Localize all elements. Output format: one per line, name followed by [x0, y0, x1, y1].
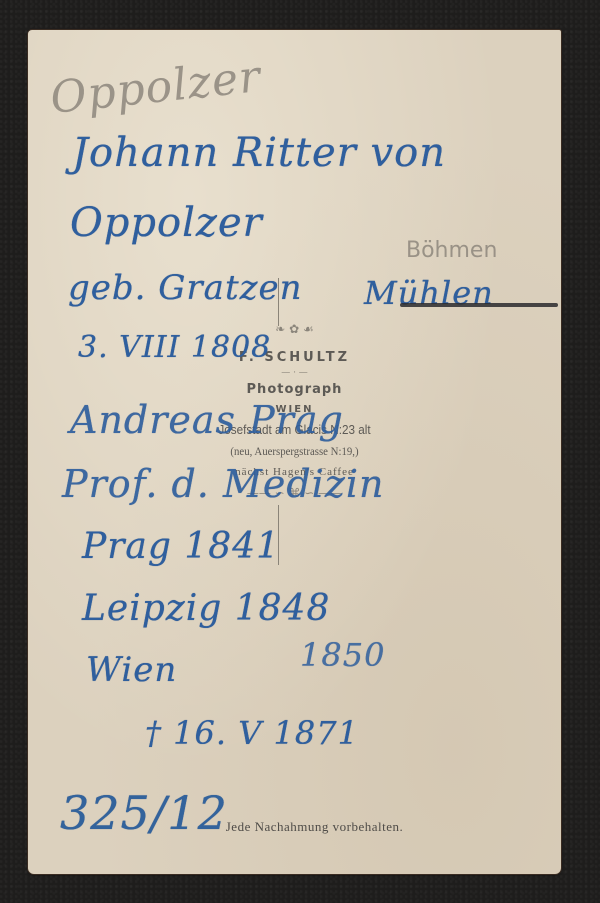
handwritten-line-7: Prag 1841 [82, 526, 280, 567]
stamp-photograph-title: Photograph [28, 382, 561, 397]
pencil-region-note: Böhmen [406, 238, 497, 263]
handwritten-line-1: Johann Ritter von [72, 130, 446, 176]
handwritten-line-9: Wien [86, 650, 177, 690]
handwritten-line-3: geb. Gratzen [68, 268, 303, 308]
handwritten-line-8: Leipzig 1848 [82, 588, 330, 629]
photo-card-back: Oppolzer Böhmen ❧ ✿ ☙ F. SCHULTZ — · — P… [28, 30, 561, 874]
stamp-address-line2: (neu, Auerspergstrasse N:19,) [55, 444, 535, 459]
pencil-surname-note: Oppolzer [48, 51, 263, 124]
handwritten-line-10: 1850 [300, 636, 385, 674]
handwritten-line-5: Andreas Prag [70, 398, 344, 442]
scan-background: { "card": { "pencil_top": "Oppolzer", "p… [0, 0, 600, 903]
handwritten-line-6: Prof. d. Medizin [62, 462, 385, 506]
footer-copyright-notice: Jede Nachahmung vorbehalten. [48, 819, 581, 835]
handwritten-line-2: Oppolzer [70, 200, 263, 246]
handwritten-death-date: † 16. V 1871 [145, 714, 359, 752]
stamp-divider: — · — [28, 368, 561, 378]
handwritten-line-4: 3. VIII 1808 [78, 330, 271, 365]
strikethrough-mark [400, 303, 558, 307]
